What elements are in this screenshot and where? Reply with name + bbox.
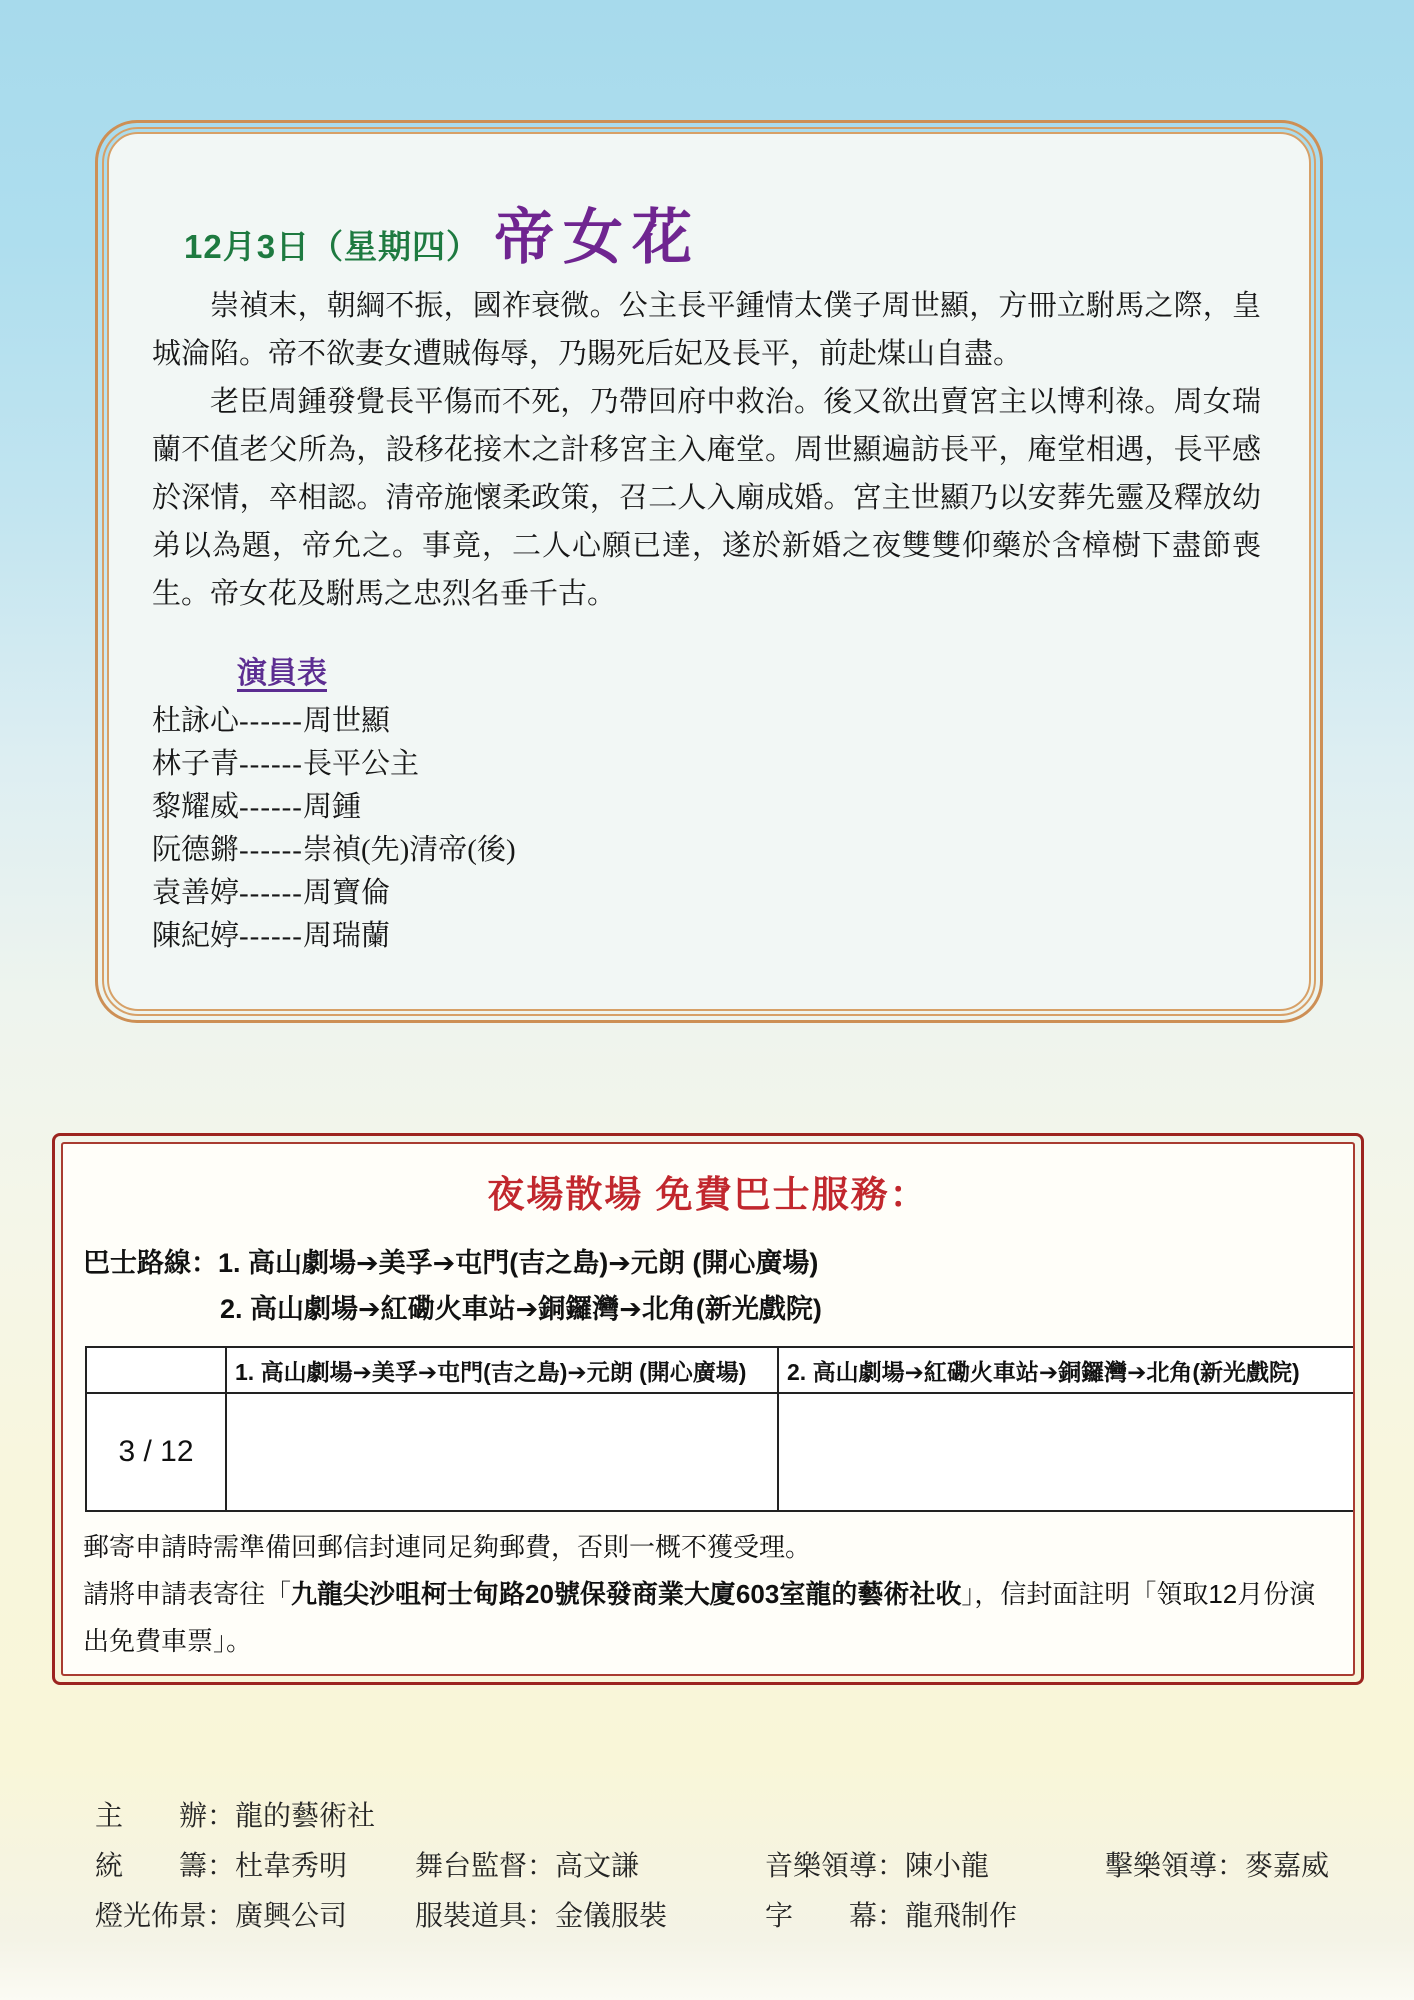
note-deadline: 截止申請日期為2015年11月23日，以郵戳為準。領取免費車票先到先得，派完即止…: [83, 1665, 1333, 1676]
cast-actor: 林子青: [152, 748, 239, 780]
note-text: 請將申請表寄往「: [83, 1579, 291, 1609]
cast-actor: 袁善婷: [152, 877, 239, 909]
table-header-route-1: 1. 高山劇場➔美孚➔屯門(吉之島)➔元朗 (開心廣場): [226, 1347, 778, 1393]
credit-costume-props: 服裝道具：金儀服裝: [415, 1892, 765, 1942]
cast-line: 杜詠心------周世顯: [152, 700, 1261, 743]
table-cell-route-1: [226, 1393, 778, 1511]
cast-line: 袁善婷------周寶倫: [152, 872, 1261, 915]
bus-route-1-text: 1. 高山劇場➔美孚➔屯門(吉之島)➔元朗 (開心廣場): [218, 1248, 818, 1278]
credit-label: 燈光佈景：: [95, 1901, 235, 1932]
table-cell-date: 3 / 12: [86, 1393, 226, 1511]
credit-value: 廣興公司: [235, 1901, 347, 1932]
cast-actor: 黎耀威: [152, 791, 239, 823]
credit-label: 舞台監督：: [415, 1851, 555, 1882]
bus-schedule-table: 1. 高山劇場➔美孚➔屯門(吉之島)➔元朗 (開心廣場) 2. 高山劇場➔紅磡火…: [85, 1346, 1355, 1512]
credit-value: 金儀服裝: [555, 1901, 667, 1932]
note-mailing-address: 請將申請表寄往「九龍尖沙咀柯士甸路20號保發商業大廈603室龍的藝術社收」，信封…: [83, 1571, 1333, 1665]
cast-separator: ------: [239, 834, 303, 866]
table-header-date: [86, 1347, 226, 1393]
cast-actor: 阮德鏘: [152, 834, 239, 866]
cast-line: 黎耀威------周鍾: [152, 786, 1261, 829]
cast-actor: 陳紀婷: [152, 920, 239, 952]
credit-row-2: 統 籌：杜韋秀明 舞台監督：高文謙 音樂領導：陳小龍 擊樂領導：麥嘉威: [95, 1842, 1365, 1892]
synopsis-paragraph-2: 老臣周鍾發覺長平傷而不死，乃帶回府中救治。後又欲出賣宮主以博利祿。周女瑞蘭不值老…: [152, 378, 1261, 618]
credit-value: 龍飛制作: [905, 1901, 1017, 1932]
note-text: 郵寄申請時需準備回郵信封連同足夠郵費，否則一概不獲受理。: [83, 1532, 811, 1562]
credit-value: 龍的藝術社: [235, 1801, 375, 1832]
cast-role: 周瑞蘭: [303, 920, 390, 952]
credit-label: 字 幕：: [765, 1901, 905, 1932]
credit-label: 主 辦：: [95, 1801, 235, 1832]
program-title: 帝女花: [494, 208, 701, 268]
program-box: 12月3日（星期四） 帝女花 崇禎末，朝綱不振，國祚衰微。公主長平鍾情太僕子周世…: [95, 120, 1323, 1023]
cast-header: 演員表: [237, 648, 327, 692]
program-date: 12月3日（星期四）: [184, 221, 480, 268]
credit-label: 服裝道具：: [415, 1901, 555, 1932]
cast-list: 演員表 杜詠心------周世顯 林子青------長平公主 黎耀威------…: [152, 648, 1261, 958]
program-box-content: 12月3日（星期四） 帝女花 崇禎末，朝綱不振，國祚衰微。公主長平鍾情太僕子周世…: [107, 132, 1311, 1011]
note-postage: 郵寄申請時需準備回郵信封連同足夠郵費，否則一概不獲受理。: [83, 1524, 1333, 1571]
cast-line: 陳紀婷------周瑞蘭: [152, 915, 1261, 958]
bus-service-content: 夜場散場 免費巴士服務： 巴士路線：1. 高山劇場➔美孚➔屯門(吉之島)➔元朗 …: [61, 1142, 1355, 1676]
credit-value: 杜韋秀明: [235, 1851, 347, 1882]
synopsis-paragraph-1: 崇禎末，朝綱不振，國祚衰微。公主長平鍾情太僕子周世顯，方冊立駙馬之際，皇城淪陷。…: [152, 282, 1261, 378]
note-address-bold: 九龍尖沙咀柯士甸路20號保發商業大廈603室龍的藝術社收: [291, 1579, 961, 1609]
credit-percussion-director: 擊樂領導：麥嘉威: [1105, 1842, 1365, 1892]
credit-label: 統 籌：: [95, 1851, 235, 1882]
bus-service-title: 夜場散場 免費巴士服務：: [83, 1164, 1333, 1218]
program-title-row: 12月3日（星期四） 帝女花: [184, 208, 1261, 268]
cast-role: 周鍾: [303, 791, 361, 823]
cast-separator: ------: [239, 748, 303, 780]
cast-role: 長平公主: [303, 748, 419, 780]
credit-value: 高文謙: [555, 1851, 639, 1882]
cast-line: 阮德鏘------崇禎(先)清帝(後): [152, 829, 1261, 872]
credit-value: 陳小龍: [905, 1851, 989, 1882]
bus-route-2: 2. 高山劇場➔紅磡火車站➔銅鑼灣➔北角(新光戲院): [83, 1286, 1333, 1332]
cast-line: 林子青------長平公主: [152, 743, 1261, 786]
table-cell-route-2: [778, 1393, 1354, 1511]
cast-separator: ------: [239, 791, 303, 823]
credit-music-director: 音樂領導：陳小龍: [765, 1842, 1105, 1892]
cast-role: 周寶倫: [303, 877, 390, 909]
cast-role: 崇禎(先)清帝(後): [303, 834, 516, 866]
synopsis: 崇禎末，朝綱不振，國祚衰微。公主長平鍾情太僕子周世顯，方冊立駙馬之際，皇城淪陷。…: [152, 282, 1261, 618]
cast-separator: ------: [239, 705, 303, 737]
credit-row-1: 主 辦：龍的藝術社: [95, 1792, 1365, 1842]
program-box-border-mid: 12月3日（星期四） 帝女花 崇禎末，朝綱不振，國祚衰微。公主長平鍾情太僕子周世…: [102, 127, 1316, 1016]
bus-routes-label: 巴士路線：: [83, 1248, 218, 1278]
credit-subtitles: 字 幕：龍飛制作: [765, 1892, 1105, 1942]
cast-separator: ------: [239, 920, 303, 952]
cast-actor: 杜詠心: [152, 705, 239, 737]
credit-label: 音樂領導：: [765, 1851, 905, 1882]
cast-role: 周世顯: [303, 705, 390, 737]
bus-route-1: 巴士路線：1. 高山劇場➔美孚➔屯門(吉之島)➔元朗 (開心廣場): [83, 1240, 1333, 1286]
credits-section: 主 辦：龍的藝術社 統 籌：杜韋秀明 舞台監督：高文謙 音樂領導：陳小龍 擊樂領…: [95, 1792, 1365, 1942]
note-first-come-bold: 先到先得，派完即止。: [795, 1673, 1055, 1676]
note-text: 截止申請日期為2015年11月23日，以郵戳為準。領取免費車票: [83, 1673, 795, 1676]
credit-label: 擊樂領導：: [1105, 1851, 1245, 1882]
table-header-row: 1. 高山劇場➔美孚➔屯門(吉之島)➔元朗 (開心廣場) 2. 高山劇場➔紅磡火…: [86, 1347, 1354, 1393]
credit-stage-manager: 舞台監督：高文謙: [415, 1842, 765, 1892]
table-row: 3 / 12: [86, 1393, 1354, 1511]
cast-separator: ------: [239, 877, 303, 909]
credit-value: 麥嘉威: [1245, 1851, 1329, 1882]
bus-routes: 巴士路線：1. 高山劇場➔美孚➔屯門(吉之島)➔元朗 (開心廣場) 2. 高山劇…: [83, 1240, 1333, 1332]
bus-notes: 郵寄申請時需準備回郵信封連同足夠郵費，否則一概不獲受理。 請將申請表寄往「九龍尖…: [83, 1524, 1333, 1676]
bus-service-box: 夜場散場 免費巴士服務： 巴士路線：1. 高山劇場➔美孚➔屯門(吉之島)➔元朗 …: [52, 1133, 1364, 1685]
credit-row-3: 燈光佈景：廣興公司 服裝道具：金儀服裝 字 幕：龍飛制作: [95, 1892, 1365, 1942]
credit-organizer: 主 辦：龍的藝術社: [95, 1792, 415, 1842]
table-header-route-2: 2. 高山劇場➔紅磡火車站➔銅鑼灣➔北角(新光戲院): [778, 1347, 1354, 1393]
bus-route-2-text: 2. 高山劇場➔紅磡火車站➔銅鑼灣➔北角(新光戲院): [220, 1294, 822, 1324]
credit-lighting-scenery: 燈光佈景：廣興公司: [95, 1892, 415, 1942]
credit-coordinator: 統 籌：杜韋秀明: [95, 1842, 415, 1892]
